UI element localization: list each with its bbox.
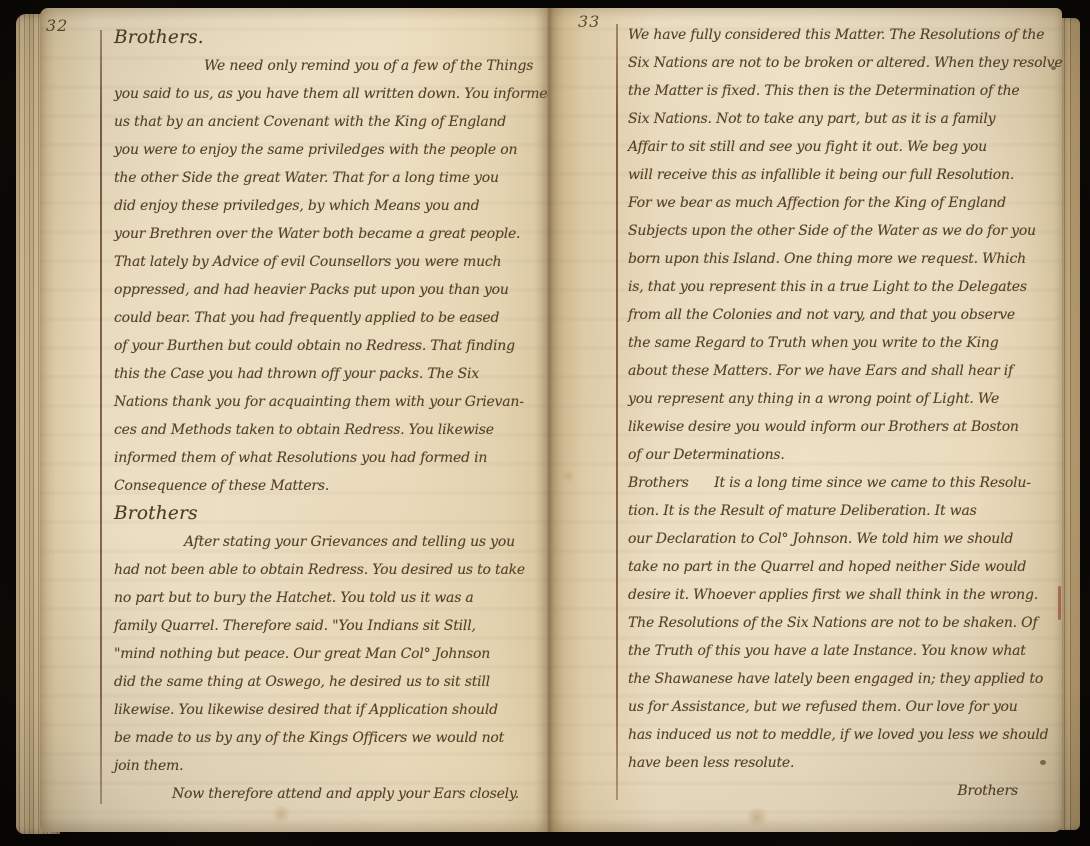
manuscript-line: oppressed, and had heavier Packs put upo…: [114, 276, 538, 304]
manuscript-line: likewise. You likewise desired that if A…: [114, 696, 538, 724]
manuscript-line: about these Matters. For we have Ears an…: [628, 357, 1060, 385]
manuscript-line: us that by an ancient Covenant with the …: [114, 108, 538, 136]
manuscript-line: informed them of what Resolutions you ha…: [114, 444, 538, 472]
manuscript-line: could bear. That you had frequently appl…: [114, 304, 538, 332]
manuscript-line: tion. It is the Result of mature Deliber…: [628, 497, 1060, 525]
right-page-text: We have fully considered this Matter. Th…: [628, 21, 1060, 805]
manuscript-line: of your Burthen but could obtain no Redr…: [114, 332, 538, 360]
manuscript-line: Nations thank you for acquainting them w…: [114, 388, 538, 416]
manuscript-line: Six Nations are not to be broken or alte…: [628, 49, 1060, 77]
manuscript-line: join them.: [114, 752, 538, 780]
manuscript-line: Six Nations. Not to take any part, but a…: [628, 105, 1060, 133]
right-page-edge-stack: [1060, 18, 1080, 830]
manuscript-line: "mind nothing but peace. Our great Man C…: [114, 640, 538, 668]
manuscript-line: had not been able to obtain Redress. You…: [114, 556, 538, 584]
manuscript-line: Affair to sit still and see you fight it…: [628, 133, 1060, 161]
left-page-number: 32: [46, 16, 68, 35]
manuscript-line: likewise desire you would inform our Bro…: [628, 413, 1060, 441]
manuscript-line: is, that you represent this in a true Li…: [628, 273, 1060, 301]
manuscript-line: this the Case you had thrown off your pa…: [114, 360, 538, 388]
manuscript-line: be made to us by any of the Kings Office…: [114, 724, 538, 752]
manuscript-line: our Declaration to Col° Johnson. We told…: [628, 525, 1060, 553]
manuscript-line: We need only remind you of a few of the …: [114, 52, 538, 80]
manuscript-scan: 32 Brothers.We need only remind you of a…: [0, 0, 1090, 846]
manuscript-line: take no part in the Quarrel and hoped ne…: [628, 553, 1060, 581]
manuscript-line: the Shawanese have lately been engaged i…: [628, 665, 1060, 693]
manuscript-line: the same Regard to Truth when you write …: [628, 329, 1060, 357]
manuscript-line: Consequence of these Matters.: [114, 472, 538, 500]
manuscript-line: born upon this Island. One thing more we…: [628, 245, 1060, 273]
manuscript-line: your Brethren over the Water both became…: [114, 220, 538, 248]
left-margin-rule-line: [100, 30, 102, 804]
section-heading: Brothers.: [114, 24, 538, 52]
manuscript-line: us for Assistance, but we refused them. …: [628, 693, 1060, 721]
manuscript-line: has induced us not to meddle, if we love…: [628, 721, 1060, 749]
section-heading: Brothers: [114, 500, 538, 528]
catchword: Brothers: [628, 777, 1060, 805]
manuscript-line: did enjoy these priviledges, by which Me…: [114, 192, 538, 220]
manuscript-line: the other Side the great Water. That for…: [114, 164, 538, 192]
left-page: 32 Brothers.We need only remind you of a…: [40, 8, 548, 832]
manuscript-line: no part but to bury the Hatchet. You tol…: [114, 584, 538, 612]
manuscript-line: have been less resolute.: [628, 749, 1060, 777]
right-page-number: 33: [578, 12, 600, 31]
manuscript-line: That lately by Advice of evil Counsellor…: [114, 248, 538, 276]
manuscript-line: you said to us, as you have them all wri…: [114, 80, 538, 108]
manuscript-line: you represent any thing in a wrong point…: [628, 385, 1060, 413]
manuscript-line: of our Determinations.: [628, 441, 1060, 469]
manuscript-line: Brothers It is a long time since we came…: [628, 469, 1060, 497]
manuscript-line: desire it. Whoever applies first we shal…: [628, 581, 1060, 609]
manuscript-line: the Matter is fixed. This then is the De…: [628, 77, 1060, 105]
left-page-text: Brothers.We need only remind you of a fe…: [114, 24, 538, 808]
right-margin-rule-line: [616, 24, 618, 800]
manuscript-line: Now therefore attend and apply your Ears…: [114, 780, 538, 808]
right-page: 33 We have fully considered this Matter.…: [548, 8, 1062, 832]
manuscript-line: After stating your Grievances and tellin…: [114, 528, 538, 556]
manuscript-line: the Truth of this you have a late Instan…: [628, 637, 1060, 665]
manuscript-line: family Quarrel. Therefore said. "You Ind…: [114, 612, 538, 640]
manuscript-line: you were to enjoy the same priviledges w…: [114, 136, 538, 164]
manuscript-line: from all the Colonies and not vary, and …: [628, 301, 1060, 329]
manuscript-line: will receive this as infallible it being…: [628, 161, 1060, 189]
manuscript-line: We have fully considered this Matter. Th…: [628, 21, 1060, 49]
manuscript-line: did the same thing at Oswego, he desired…: [114, 668, 538, 696]
manuscript-line: ces and Methods taken to obtain Redress.…: [114, 416, 538, 444]
manuscript-line: For we bear as much Affection for the Ki…: [628, 189, 1060, 217]
manuscript-line: The Resolutions of the Six Nations are n…: [628, 609, 1060, 637]
manuscript-line: Subjects upon the other Side of the Wate…: [628, 217, 1060, 245]
